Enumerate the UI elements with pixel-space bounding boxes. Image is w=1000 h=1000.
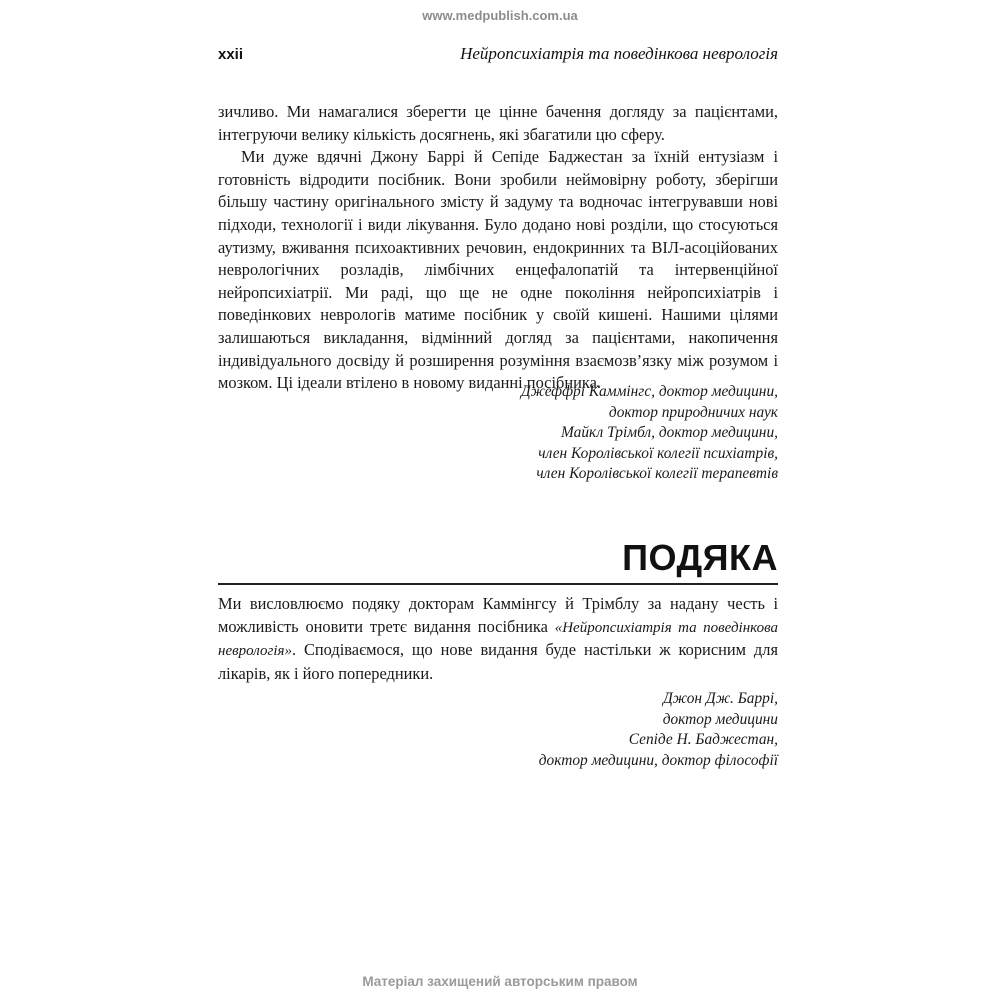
signature-line: Джеффрі Каммінгс, доктор медицини, [218, 382, 778, 403]
preface-continuation: зичливо. Ми намагалися зберегти це цінне… [218, 101, 778, 395]
preface-paragraph-2: Ми дуже вдячні Джону Баррі й Сепіде Бадж… [218, 146, 778, 395]
signature-line: член Королівської колегії терапевтів [218, 464, 778, 485]
signature-line: Сепіде Н. Баджестан, [218, 730, 778, 751]
acknowledgements-signature: Джон Дж. Баррі, доктор медицини Сепіде Н… [218, 689, 778, 771]
signature-line: доктор медицини, доктор філософії [218, 751, 778, 772]
signature-line: Джон Дж. Баррі, [218, 689, 778, 710]
acknowledgements-text-end: . Сподіваємося, що нове видання буде нас… [218, 640, 778, 683]
signature-line: доктор природничих наук [218, 403, 778, 424]
copyright-watermark: Матеріал захищений авторським правом [0, 974, 1000, 989]
preface-signature: Джеффрі Каммінгс, доктор медицини, докто… [218, 382, 778, 485]
signature-line: член Королівської колегії психіатрів, [218, 444, 778, 465]
section-heading-acknowledgements: ПОДЯКА [218, 536, 778, 580]
book-title-header: Нейропсихіатрія та поведінкова неврологі… [460, 44, 778, 64]
signature-line: доктор медицини [218, 710, 778, 731]
acknowledgements-paragraph: Ми висловлюємо подяку докторам Каммінгсу… [218, 593, 778, 685]
running-head: xxii Нейропсихіатрія та поведінкова невр… [218, 44, 778, 68]
signature-line: Майкл Трімбл, доктор медицини, [218, 423, 778, 444]
website-watermark: www.medpublish.com.ua [0, 8, 1000, 23]
section-divider [218, 583, 778, 585]
acknowledgements-body: Ми висловлюємо подяку докторам Каммінгсу… [218, 593, 778, 685]
preface-paragraph-1: зичливо. Ми намагалися зберегти це цінне… [218, 101, 778, 146]
page-number: xxii [218, 46, 243, 63]
